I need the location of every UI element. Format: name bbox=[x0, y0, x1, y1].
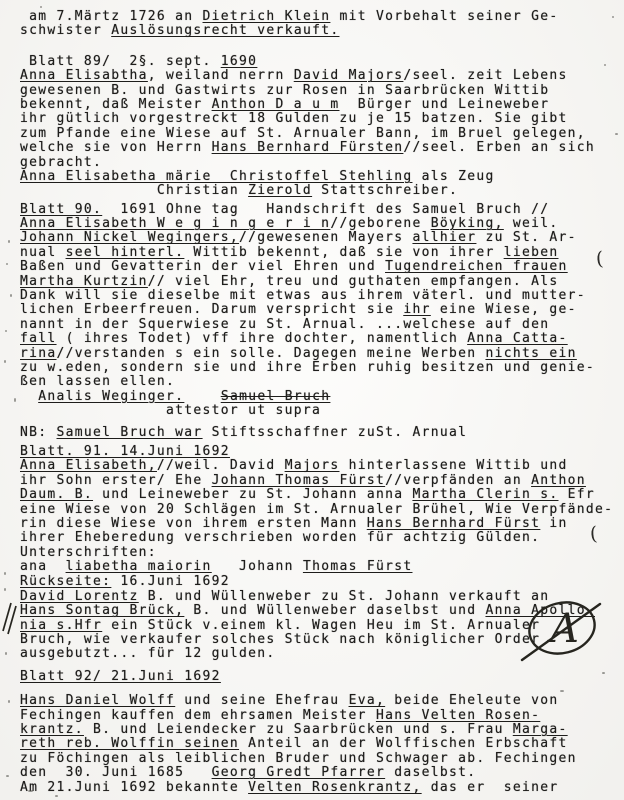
underlined-text: Blatt 92/ 21.Juni 1692 bbox=[20, 669, 221, 684]
underlined-text: Anthon D a u m bbox=[212, 97, 340, 112]
plain-text: /seel. zeit Lebens bbox=[403, 68, 567, 83]
text-line: Anna Elisabeth W e g i n g e r i n//gebo… bbox=[20, 217, 620, 231]
text-line: rina//verstanden s ein solle. Dagegen me… bbox=[20, 347, 620, 361]
text-line: Blatt. 91. 14.Juni 1692 bbox=[20, 445, 620, 459]
plain-text: am 7.Märtz 1726 an bbox=[20, 9, 203, 24]
underlined-text: Marga- bbox=[513, 722, 568, 737]
plain-text: attestor ut supra bbox=[20, 403, 321, 418]
plain-text: //gewesenen Mayers bbox=[239, 230, 412, 245]
underlined-text: Dietrich Klein bbox=[203, 9, 331, 24]
plain-text: //verpfänden an bbox=[385, 473, 531, 488]
text-line: Christian Zierold Stattschreiber. bbox=[20, 184, 620, 198]
plain-text: welche sie von Herrn bbox=[20, 140, 212, 155]
plain-text: hinterlassene Wittib und bbox=[339, 458, 567, 473]
text-line: Blatt 89/ 2§. sept. 1690 bbox=[20, 55, 620, 69]
underlined-text: Anna Elisabeth W e g i n g e r i n bbox=[20, 216, 330, 231]
scan-speck bbox=[28, 790, 33, 792]
plain-text: Wittib bekennt, daß sie von ihrer bbox=[184, 245, 503, 260]
margin-double-slash-mark bbox=[1, 601, 17, 635]
underlined-text: Martha Clerin s. bbox=[412, 487, 558, 502]
margin-paren-mark: ( bbox=[589, 523, 598, 545]
text-line: den 30. Juni 1685 Georg Gredt Pfarrer da… bbox=[20, 766, 620, 780]
scan-speck bbox=[40, 6, 42, 8]
underlined-text: reth reb. Wolffin seinen bbox=[20, 736, 239, 751]
underlined-text: Böyking, bbox=[431, 216, 504, 231]
scanned-document-page: am 7.Märtz 1726 an Dietrich Klein mit Vo… bbox=[0, 0, 624, 800]
plain-text: zu w.eden, sondern sie und ihre Erben ru… bbox=[20, 360, 595, 375]
text-line: gebracht. bbox=[20, 156, 620, 170]
text-line: Hans Daniel Wolff und seine Ehefrau Eva,… bbox=[20, 694, 620, 708]
plain-text: Anteil an der Wolffischen Erbschaft bbox=[239, 736, 568, 751]
text-line: gewesenen B. und Gastwirts zur Rosen in … bbox=[20, 84, 620, 98]
document-body: am 7.Märtz 1726 an Dietrich Klein mit Vo… bbox=[20, 10, 620, 795]
plain-text: B. und Wüllenweber daselbst und bbox=[184, 603, 485, 618]
text-line: eine Wiese von 20 Schlägen im St. Arnual… bbox=[20, 503, 620, 517]
scan-speck bbox=[6, 775, 9, 777]
text-line: bekennt, daß Meister Anthon D a u m Bürg… bbox=[20, 98, 620, 112]
plain-text: //verstanden s ein solle. Dagegen meine … bbox=[57, 346, 486, 361]
text-line: am 7.Märtz 1726 an Dietrich Klein mit Vo… bbox=[20, 10, 620, 24]
underlined-text: rina bbox=[20, 346, 57, 361]
plain-text: Unterschriften: bbox=[20, 545, 157, 560]
entry-blatt-90: Blatt 90. 1691 Ohne tag Handschrift des … bbox=[20, 203, 620, 419]
underlined-text: Daum. B. bbox=[20, 487, 93, 502]
plain-text: Bürger und Leineweber bbox=[339, 97, 549, 112]
scan-speck bbox=[8, 240, 10, 243]
plain-text: beide Eheleute von bbox=[385, 693, 558, 708]
underlined-text: Tugendreichen frauen bbox=[385, 259, 568, 274]
plain-text: ihr gütlich vorgestreckt 18 Gulden zu je… bbox=[20, 111, 568, 126]
plain-text: zum Pfande eine Wiese auf St. Arnualer B… bbox=[20, 126, 586, 141]
underlined-text: Anna Catta- bbox=[467, 331, 567, 346]
plain-text: ana bbox=[20, 559, 66, 574]
scan-speck bbox=[5, 652, 7, 655]
text-line: zum Pfande eine Wiese auf St. Arnualer B… bbox=[20, 127, 620, 141]
plain-text: Blatt 89/ 2§. sept. bbox=[20, 54, 221, 69]
plain-text: gebracht. bbox=[20, 155, 102, 170]
plain-text: 16.Juni 1692 bbox=[111, 574, 230, 589]
plain-text: ( ihres Todet) vff ihre dochter, namentl… bbox=[57, 331, 468, 346]
plain-text: bekennt, daß Meister bbox=[20, 97, 212, 112]
underlined-text: Hans Daniel Wolff bbox=[20, 693, 175, 708]
underlined-text: nichts ein bbox=[485, 346, 576, 361]
plain-text: eine Wiese von 20 Schlägen im St. Arnual… bbox=[20, 502, 613, 517]
underlined-text: Majors bbox=[285, 458, 340, 473]
entry-blatt-92-heading: Blatt 92/ 21.Juni 1692 bbox=[20, 670, 620, 684]
text-line: ihrer Eheberedung verschrieben worden fü… bbox=[20, 531, 620, 545]
plain-text: Baßen und Gevatterin der viel Ehren und bbox=[20, 259, 385, 274]
plain-text: Fechingen kauffen dem ehrsamen Meister bbox=[20, 708, 376, 723]
underlined-text: Anna Elisabeth, bbox=[20, 458, 157, 473]
plain-text: Johann bbox=[212, 559, 303, 574]
text-line: Dank will sie dieselbe mit etwas aus ihr… bbox=[20, 289, 620, 303]
nb-note: NB: Samuel Bruch war Stiftsschaffner zuS… bbox=[20, 426, 620, 440]
plain-text: den 30. Juni 1685 bbox=[20, 765, 212, 780]
text-line: Rückseite: 16.Juni 1692 bbox=[20, 575, 620, 589]
underlined-text: nia s.Hfr bbox=[20, 618, 102, 633]
underlined-text: Zierold bbox=[248, 183, 312, 198]
underlined-text: Thomas Fürst bbox=[303, 559, 413, 574]
entry-1726-continuation: am 7.Märtz 1726 an Dietrich Klein mit Vo… bbox=[20, 10, 620, 39]
plain-text: , weiland nerrn bbox=[148, 68, 294, 83]
underlined-text: Samuel Bruch war bbox=[57, 425, 203, 440]
text-line: Anna Elisabeth,//weil. David Majors hint… bbox=[20, 459, 620, 473]
plain-text: eine Wiese, ge- bbox=[431, 302, 577, 317]
plain-text: ausgebutzt... für 12 gulden. bbox=[20, 646, 276, 661]
underlined-text: Anna Elisabtha bbox=[20, 68, 148, 83]
underlined-text: David Majors bbox=[294, 68, 404, 83]
plain-text: //weil. David bbox=[157, 458, 285, 473]
plain-text: rin diese Wiese von ihrem ersten Mann bbox=[20, 516, 367, 531]
text-line: ihr gütlich vorgestreckt 18 Gulden zu je… bbox=[20, 112, 620, 126]
scan-speck bbox=[4, 360, 6, 363]
text-line: Unterschriften: bbox=[20, 546, 620, 560]
plain-text: B. und Leiendecker zu Saarbrücken und s.… bbox=[84, 722, 513, 737]
text-line: ihr Sohn erster/ Ehe Johann Thomas Fürst… bbox=[20, 474, 620, 488]
plain-text: ßen lassen ellen. bbox=[20, 374, 175, 389]
text-line: Anna Elisabetha märie Christoffel Stehli… bbox=[20, 170, 620, 184]
underlined-text: Samuel Bruch bbox=[221, 389, 331, 404]
underlined-text: Velten Rosenkrantz, bbox=[248, 780, 421, 795]
text-line: NB: Samuel Bruch war Stiftsschaffner zuS… bbox=[20, 426, 620, 440]
underlined-text: Anthon bbox=[531, 473, 586, 488]
scan-speck bbox=[10, 294, 12, 297]
scan-speck bbox=[6, 263, 8, 265]
underlined-text: David Lorentz bbox=[20, 589, 139, 604]
text-line: Blatt 90. 1691 Ohne tag Handschrift des … bbox=[20, 203, 620, 217]
underlined-text: Blatt 90. bbox=[20, 202, 102, 217]
plain-text: Stiftsschaffner zuSt. Arnual bbox=[203, 425, 468, 440]
text-line: lichen Erbeerfreuen. Darum verspricht si… bbox=[20, 303, 620, 317]
text-line: fall ( ihres Todet) vff ihre dochter, na… bbox=[20, 332, 620, 346]
text-line: krantz. B. und Leiendecker zu Saarbrücke… bbox=[20, 723, 620, 737]
text-line: zu Föchingen als leiblichen Bruder und S… bbox=[20, 752, 620, 766]
entry-blatt-89: Blatt 89/ 2§. sept. 1690Anna Elisabtha, … bbox=[20, 55, 620, 199]
annotation-letter: A bbox=[546, 606, 579, 652]
text-line: Analis Weginger. Samuel Bruch bbox=[20, 390, 620, 404]
underlined-text: Johann Thomas Fürst bbox=[212, 473, 385, 488]
plain-text: Am 21.Juni 1692 bekannte bbox=[20, 780, 248, 795]
underlined-text: ihr bbox=[403, 302, 430, 317]
text-line: ana liabetha maiorin Johann Thomas Fürst bbox=[20, 560, 620, 574]
plain-text: zu St. Ar- bbox=[476, 230, 576, 245]
plain-text: daselbst. bbox=[385, 765, 476, 780]
underlined-text: Anna Elisabetha märie Christoffel Stehli… bbox=[20, 169, 412, 184]
margin-paren-mark: ( bbox=[595, 248, 604, 270]
underlined-text: liabetha maiorin bbox=[66, 559, 212, 574]
underlined-text: Hans Sontag Brück, bbox=[20, 603, 184, 618]
underlined-text: Hans Bernhard Fürst bbox=[367, 516, 540, 531]
plain-text: ein Stück v.einem kl. Wagen Heu im St. A… bbox=[102, 618, 540, 633]
underlined-text: krantz. bbox=[20, 722, 84, 737]
plain-text: das er seiner bbox=[422, 780, 559, 795]
scan-speck bbox=[8, 700, 10, 703]
scan-speck bbox=[4, 572, 6, 575]
plain-text: // viel Ehr, treu und guthaten empfangen… bbox=[148, 274, 559, 289]
plain-text: Christian bbox=[20, 183, 248, 198]
text-line: Am 21.Juni 1692 bekannte Velten Rosenkra… bbox=[20, 781, 620, 795]
text-line: Daum. B. und Leineweber zu St. Johann an… bbox=[20, 488, 620, 502]
text-line: reth reb. Wolffin seinen Anteil an der W… bbox=[20, 737, 620, 751]
underlined-text: Georg Gredt Pfarrer bbox=[212, 765, 385, 780]
plain-text: Bruch, wie verkaufer solches Stück nach … bbox=[20, 632, 540, 647]
text-line: nannt in der Squerwiese zu St. Arnual. .… bbox=[20, 318, 620, 332]
plain-text bbox=[184, 389, 221, 404]
plain-text: zu Föchingen als leiblichen Bruder und S… bbox=[20, 751, 577, 766]
scan-speck bbox=[602, 672, 605, 674]
scan-speck bbox=[14, 398, 16, 402]
plain-text: Stattschreiber. bbox=[312, 183, 458, 198]
text-line: attestor ut supra bbox=[20, 404, 620, 418]
plain-text: //geborene bbox=[330, 216, 430, 231]
text-line: Fechingen kauffen dem ehrsamen Meister H… bbox=[20, 709, 620, 723]
text-line: schwister Auslösungsrecht verkauft. bbox=[20, 24, 620, 38]
text-line: Johann Nickel Wegingers,//gewesenen Maye… bbox=[20, 231, 620, 245]
plain-text: nual bbox=[20, 245, 66, 260]
underlined-text: 1690 bbox=[221, 54, 258, 69]
text-line: nual seel hinterl. Wittib bekennt, daß s… bbox=[20, 246, 620, 260]
plain-text bbox=[20, 389, 38, 404]
entry-blatt-92-body: Hans Daniel Wolff und seine Ehefrau Eva,… bbox=[20, 694, 620, 795]
plain-text: schwister bbox=[20, 23, 111, 38]
plain-text: mit Vorbehalt seiner Ge- bbox=[330, 9, 558, 24]
scan-speck bbox=[604, 64, 606, 66]
text-line: welche sie von Herrn Hans Bernhard Fürst… bbox=[20, 141, 620, 155]
plain-text: B. und Wüllenweber zu St. Johann verkauf… bbox=[139, 589, 550, 604]
plain-text: und seine Ehefrau bbox=[175, 693, 348, 708]
text-line: Blatt 92/ 21.Juni 1692 bbox=[20, 670, 620, 684]
scan-speck bbox=[612, 16, 614, 18]
plain-text: NB: bbox=[20, 425, 57, 440]
text-line: Anna Elisabtha, weiland nerrn David Majo… bbox=[20, 69, 620, 83]
plain-text: und Leineweber zu St. Johann anna bbox=[93, 487, 412, 502]
text-line: zu w.eden, sondern sie und ihre Erben ru… bbox=[20, 361, 620, 375]
plain-text: Dank will sie dieselbe mit etwas aus ihr… bbox=[20, 288, 586, 303]
underlined-text: Analis Weginger. bbox=[38, 389, 184, 404]
text-line: Martha Kurtzin// viel Ehr, treu und guth… bbox=[20, 275, 620, 289]
plain-text: 1691 Ohne tag Handschrift des Samuel Bru… bbox=[102, 202, 549, 217]
plain-text: Efr bbox=[558, 487, 595, 502]
scan-speck bbox=[615, 133, 618, 135]
plain-text: lichen Erbeerfreuen. Darum verspricht si… bbox=[20, 302, 403, 317]
underlined-text: Auslösungsrecht verkauft. bbox=[111, 23, 339, 38]
underlined-text: Hans Bernhard Fürsten bbox=[212, 140, 404, 155]
scan-speck bbox=[5, 330, 7, 332]
underlined-text: Hans Velten Rosen- bbox=[376, 708, 540, 723]
underlined-text: Martha Kurtzin bbox=[20, 274, 148, 289]
plain-text: nannt in der Squerwiese zu St. Arnual. .… bbox=[20, 317, 549, 332]
plain-text: in bbox=[540, 516, 567, 531]
underlined-text: seel hinterl. bbox=[66, 245, 185, 260]
underlined-text: allhier bbox=[412, 230, 476, 245]
plain-text: ihr Sohn erster/ Ehe bbox=[20, 473, 212, 488]
plain-text: als Zeug bbox=[412, 169, 494, 184]
plain-text: weil. bbox=[504, 216, 559, 231]
underlined-text: fall bbox=[20, 331, 57, 346]
underlined-text: Eva, bbox=[349, 693, 386, 708]
entry-blatt-91: Blatt. 91. 14.Juni 1692Anna Elisabeth,//… bbox=[20, 445, 620, 575]
plain-text: //seel. Erben an sich bbox=[403, 140, 595, 155]
plain-text: gewesenen B. und Gastwirts zur Rosen in … bbox=[20, 83, 549, 98]
underlined-text: Blatt. 91. 14.Juni 1692 bbox=[20, 444, 230, 459]
scan-speck bbox=[4, 588, 6, 591]
plain-text: ihrer Eheberedung verschrieben worden fü… bbox=[20, 530, 540, 545]
text-line: ßen lassen ellen. bbox=[20, 375, 620, 389]
text-line: rin diese Wiese von ihrem ersten Mann Ha… bbox=[20, 517, 620, 531]
underlined-text: Rückseite: bbox=[20, 574, 111, 589]
underlined-text: lieben bbox=[504, 245, 559, 260]
scan-speck bbox=[55, 795, 58, 797]
circled-letter-annotation: A bbox=[516, 592, 604, 668]
underlined-text: Johann Nickel Wegingers, bbox=[20, 230, 239, 245]
scan-speck bbox=[560, 690, 564, 692]
text-line: Baßen und Gevatterin der viel Ehren und … bbox=[20, 260, 620, 274]
